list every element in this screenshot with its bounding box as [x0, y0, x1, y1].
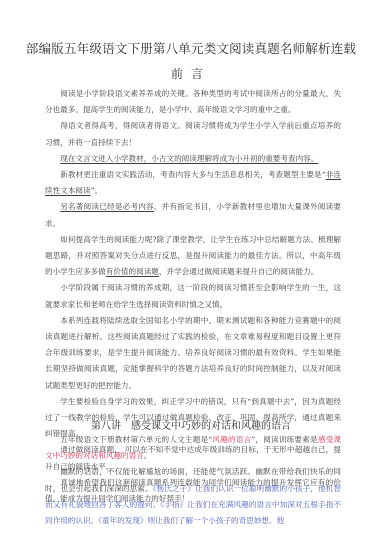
text: ，并学会通过做阅读题来提升自己的阅读能力。 [159, 267, 318, 276]
paragraph: 另名著阅读已经是必考内容，并有指定书目，小学新教材里也增加大量课外阅读要求。 [45, 199, 341, 231]
document-page: 部编版五年级语文下册第八单元类文阅读真题名师解析连载 前言 阅读是小学阶段语文素… [0, 0, 382, 540]
paragraph: 本系列连载将陆续选取全国知名小学的期中、期末测试题和各种能力竞赛题中的阅读真题进… [45, 313, 341, 394]
text: ”，阅读训练要素是 [251, 435, 317, 444]
preface-heading: 前言 [0, 65, 382, 82]
highlight-theme: 风趣的语言 [212, 435, 251, 444]
text: ”。 [91, 186, 102, 195]
paragraph: 阅读是小学阶段语文素养养成的关键。各种类型的考试中阅读所占的分量最大，失分也最多… [45, 86, 341, 118]
paragraph: 如何提高学生的阅读能力呢?除了课堂教学，让学生在练习中总结解题方法、梳理解题思路… [45, 232, 341, 281]
text: 五年级语文下册教材第六单元的人文主题是“ [60, 435, 212, 444]
paragraph: 小学阶段属于阅读习惯的养成期，这一阶段的阅读习惯甚至会影响学生的一生，这就要求家… [45, 280, 341, 312]
paragraph: 五年级语文下册教材第六单元的人文主题是“风趣的语言”，阅读训练要素是感受课文中巧… [45, 432, 341, 464]
document-title: 部编版五年级语文下册第八单元类文阅读真题名师解析连载 [0, 39, 382, 57]
lesson-title: 第八讲 感受课文中巧妙的对话和风趣的语言 [0, 417, 382, 432]
underlined-text: 另名著阅读已经是必考内容 [60, 202, 154, 211]
paragraph: 得语文者得高考，得阅读者得语文。阅读习惯将成为学生小学入学前后重点培养的习惯，并… [45, 118, 341, 150]
underlined-text: 有价值的阅读题 [106, 267, 159, 276]
paragraph: 新教材更注重语文实践活动，考查内容大多与生活息息相关，考查题型主要是“非连续性文… [45, 167, 341, 199]
paragraph: 幽默的话语，不仅能化解尴尬的场面，还能使气氛活跃。幽默在带给我们快乐的同时，也会… [45, 464, 341, 529]
underlined-text: 现在文言文进入小学教材，小古文的阅读理解将成为小升初的重要考查内容。 [60, 154, 318, 163]
paragraph: 现在文言文进入小学教材，小古文的阅读理解将成为小升初的重要考查内容。 [45, 151, 341, 167]
lesson-body: 五年级语文下册教材第六单元的人文主题是“风趣的语言”，阅读训练要素是感受课文中巧… [45, 432, 341, 529]
text: 。 [144, 451, 152, 460]
text: 新教材更注重语文实践活动，考查内容大多与生活息息相关，考查题型主要是“ [60, 170, 325, 179]
